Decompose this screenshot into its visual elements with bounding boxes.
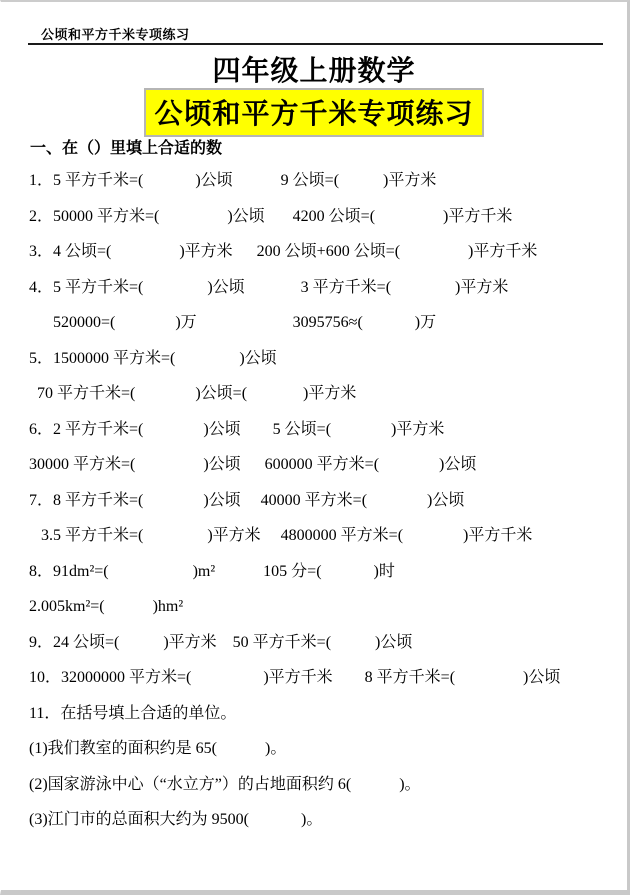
exercise-line: 2．50000 平方米=( )公顷 4200 公顷=( )平方千米	[29, 199, 613, 235]
exercise-line: 30000 平方米=( )公顷 600000 平方米=( )公顷	[29, 447, 613, 483]
exercise-line: 10．32000000 平方米=( )平方千米 8 平方千米=( )公顷	[29, 660, 613, 696]
exercise-line: 3．4 公顷=( )平方米 200 公顷+600 公顷=( )平方千米	[29, 234, 613, 270]
worksheet-page: 公顷和平方千米专项练习 四年级上册数学 公顷和平方千米专项练习 一、在（）里填上…	[0, 0, 630, 895]
exercise-line: 520000=( )万 3095756≈( )万	[29, 305, 613, 341]
exercise-line: (3)江门市的总面积大约为 9500( )。	[29, 802, 613, 838]
exercise-list: 1．5 平方千米=( )公顷 9 公顷=( )平方米 2．50000 平方米=(…	[29, 163, 613, 838]
highlighted-subtitle: 公顷和平方千米专项练习	[144, 88, 483, 137]
exercise-line: 6．2 平方千米=( )公顷 5 公顷=( )平方米	[29, 412, 613, 448]
page-title: 四年级上册数学	[1, 49, 627, 89]
exercise-line: 4．5 平方千米=( )公顷 3 平方千米=( )平方米	[29, 270, 613, 306]
header-rule	[28, 43, 603, 45]
exercise-line: 1．5 平方千米=( )公顷 9 公顷=( )平方米	[29, 163, 613, 199]
exercise-line: (1)我们教室的面积约是 65( )。	[29, 731, 613, 767]
exercise-line: 11．在括号填上合适的单位。	[29, 696, 613, 732]
exercise-line: (2)国家游泳中心（“水立方”）的占地面积约 6( )。	[29, 767, 613, 803]
exercise-line: 7．8 平方千米=( )公顷 40000 平方米=( )公顷	[29, 483, 613, 519]
subtitle-row: 公顷和平方千米专项练习	[1, 88, 627, 137]
running-header: 公顷和平方千米专项练习	[41, 24, 190, 43]
section-heading: 一、在（）里填上合适的数	[30, 135, 222, 158]
exercise-line: 70 平方千米=( )公顷=( )平方米	[29, 376, 613, 412]
exercise-line: 8．91dm²=( )m² 105 分=( )时	[29, 554, 613, 590]
exercise-line: 2.005km²=( )hm²	[29, 589, 613, 625]
exercise-line: 5．1500000 平方米=( )公顷	[29, 341, 613, 377]
exercise-line: 3.5 平方千米=( )平方米 4800000 平方米=( )平方千米	[29, 518, 613, 554]
exercise-line: 9．24 公顷=( )平方米 50 平方千米=( )公顷	[29, 625, 613, 661]
